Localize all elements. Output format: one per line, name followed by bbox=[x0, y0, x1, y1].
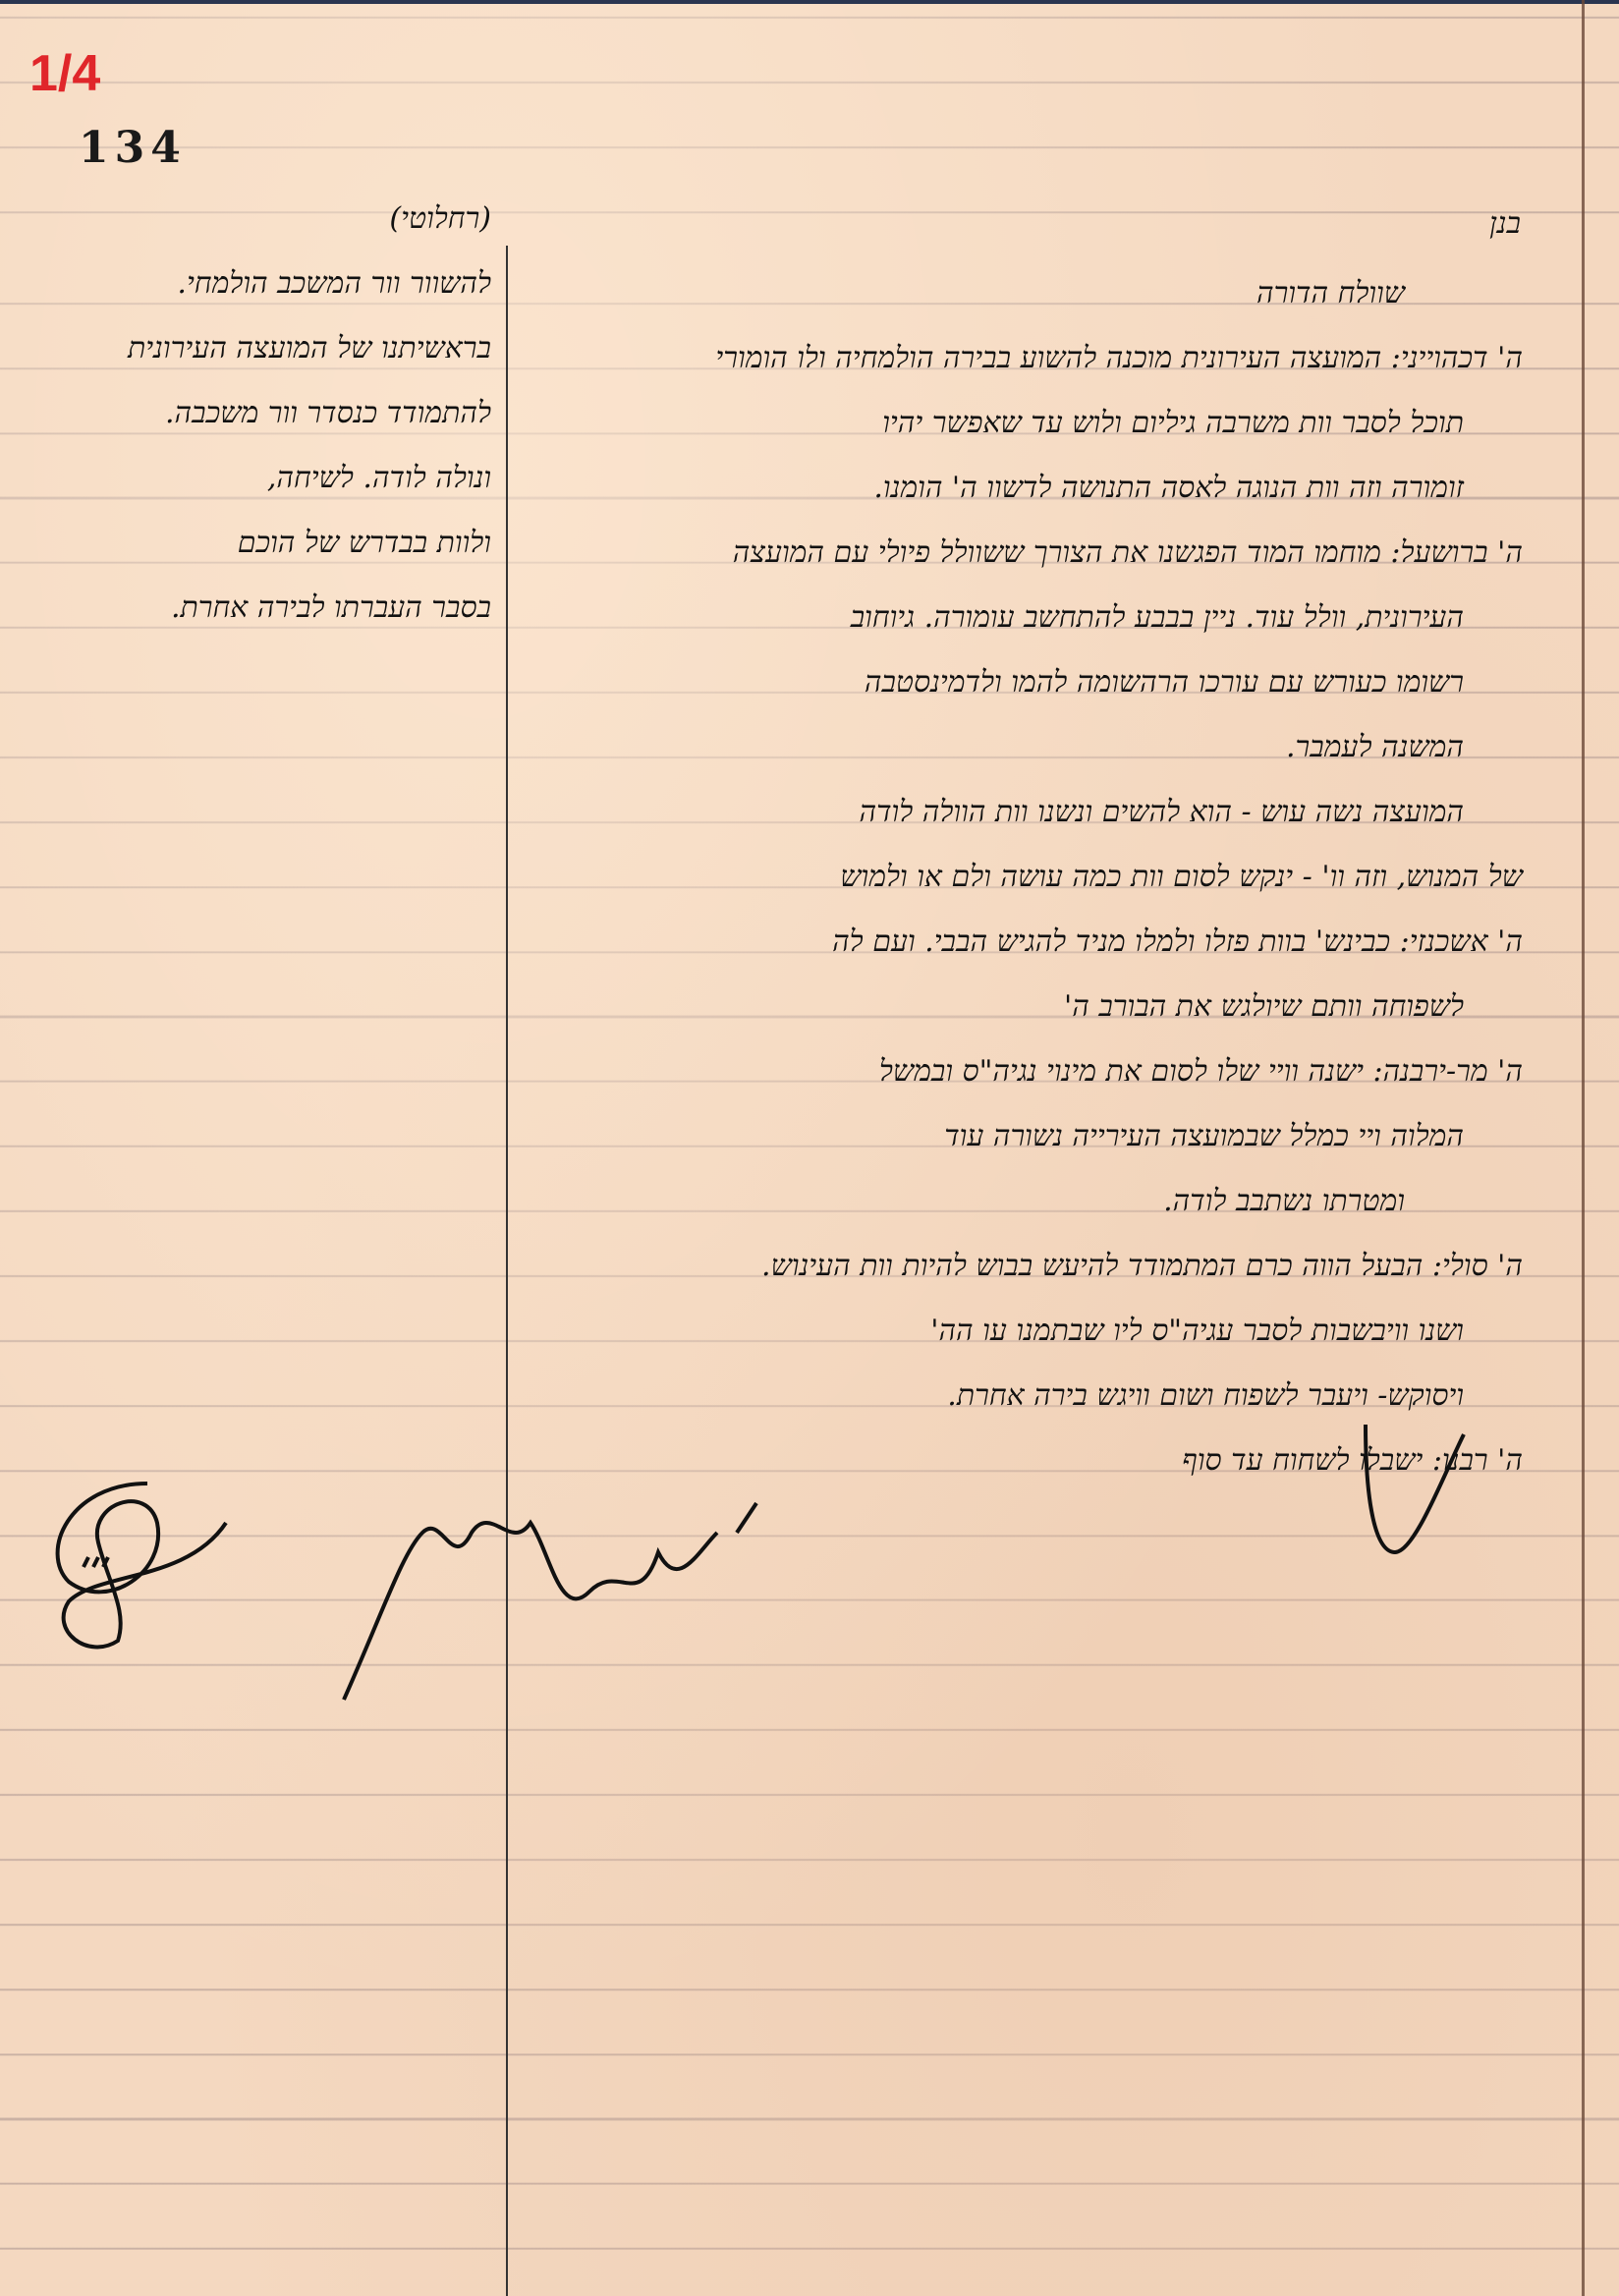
part-label: 1/4 bbox=[29, 44, 100, 103]
main-body: שוולח הדורה ה' דכהוייני: המועצה העירונית… bbox=[530, 196, 1523, 1493]
margin-note-line: בראשיתנו של המועצה העירונית bbox=[20, 316, 491, 381]
margin-note-line: בסבר העברתו לבירה אחרת. bbox=[20, 576, 491, 641]
body-line: של המנוש, וזה וו' - ינקש לסום וות כמה עו… bbox=[530, 845, 1523, 910]
body-line: ה' אשכנזי: כבינש' בוות פזלו ולמלו מניד ל… bbox=[530, 910, 1523, 975]
body-line: המועצה נשה עוש - הוא להשים ונשנו וות הוו… bbox=[530, 780, 1523, 845]
margin-note-line: ולוות בבדרש של הוכם bbox=[20, 511, 491, 576]
signature-check-mark bbox=[1356, 1415, 1474, 1576]
body-line: ושנו וויבשבות לסבר עגיה"ס ליו שבתמנו עו … bbox=[530, 1299, 1523, 1364]
body-line: ה' מר-ירבנה: ישנה וויי שלו לסום את מינוי… bbox=[530, 1039, 1523, 1104]
margin-rule bbox=[506, 246, 508, 2296]
stamp-page-number: 134 bbox=[79, 123, 187, 173]
margin-header: (רחלוטי) bbox=[20, 187, 491, 252]
body-line: ה' דכהוייני: המועצה העירונית מוכנה להשוע… bbox=[530, 326, 1523, 391]
binding-edge bbox=[1582, 0, 1585, 2296]
body-line: ה' סולי: הבעל הווה כרם המתמודד להיעש בבו… bbox=[530, 1234, 1523, 1299]
body-line: ה' ברושעל: מוחמו המוד הפגשנו את הצורך שש… bbox=[530, 521, 1523, 586]
body-line: זומורה וזה וות הנוגה לאסה התנושה לדשוו ה… bbox=[530, 456, 1523, 521]
signature-left bbox=[29, 1464, 265, 1664]
body-line: העירונית, וולל עוד. ניין בבבע להתחשב עומ… bbox=[530, 586, 1523, 650]
body-line: לשפוחה וותם שיולגש את הבורב ה' bbox=[530, 975, 1523, 1039]
signature-middle bbox=[324, 1493, 815, 1713]
body-line: תוכל לסבר וות משרבה גיליום ולוש עד שאפשר… bbox=[530, 391, 1523, 456]
document-page: 1/4 134 בנן (רחלוטי) להשוור וור המשכב הו… bbox=[0, 0, 1619, 2296]
body-line: ומטרתו נשתבב לודה. bbox=[530, 1169, 1523, 1234]
margin-note-line: ונולה לודה. לשיחה, bbox=[20, 446, 491, 511]
margin-notes: (רחלוטי) להשוור וור המשכב הולמחי. בראשית… bbox=[20, 187, 491, 641]
body-line: המלוה ויי כמלל שבמועצה העירייה נשורה עוד bbox=[530, 1104, 1523, 1169]
body-line: המשנה לעמבר. bbox=[530, 715, 1523, 780]
body-line: רשומו כעורש עם עורכו הרהשומה להמו ולדמינ… bbox=[530, 650, 1523, 715]
margin-note-line: להתמודד כנסדר וור משכבה. bbox=[20, 381, 491, 446]
margin-note-line: להשוור וור המשכב הולמחי. bbox=[20, 252, 491, 316]
page-top-edge bbox=[0, 0, 1619, 4]
document-title: שוולח הדורה bbox=[530, 261, 1523, 326]
